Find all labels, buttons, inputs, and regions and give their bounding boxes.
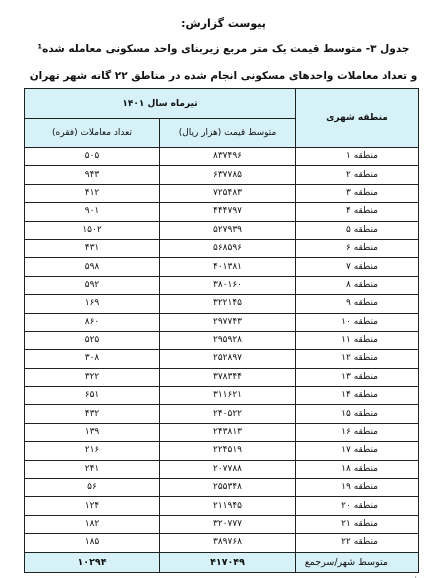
header-period: تیرماه سال ۱۴۰۱ bbox=[25, 89, 296, 119]
cell-count: ۵۹۲ bbox=[25, 276, 160, 294]
cell-region: منطقه ۱۴ bbox=[296, 387, 419, 405]
header-count: تعداد معاملات (فقره) bbox=[25, 119, 160, 148]
cell-region: منطقه ۱۸ bbox=[296, 460, 419, 478]
cell-region: منطقه ۱۶ bbox=[296, 423, 419, 441]
cell-price: ۳۸۹۷۶۸ bbox=[160, 534, 296, 552]
cell-price: ۲۴۰۵۲۲ bbox=[160, 405, 296, 423]
table-title-line1: جدول ۳- متوسط قیمت یک متر مربع زیربنای و… bbox=[0, 43, 447, 55]
cell-region: منطقه ۲۰ bbox=[296, 497, 419, 515]
cell-price: ۵۲۷۹۳۹ bbox=[160, 221, 296, 239]
table-row: منطقه ۱۱۲۹۵۹۲۸۵۲۵ bbox=[25, 331, 419, 349]
table-row: منطقه ۱۷۲۲۴۵۱۹۲۱۶ bbox=[25, 442, 419, 460]
cell-price: ۳۷۸۳۴۴ bbox=[160, 368, 296, 386]
table-row: منطقه ۱۲۲۵۲۸۹۷۳۰۸ bbox=[25, 350, 419, 368]
cell-count: ۳۰۸ bbox=[25, 350, 160, 368]
total-price: ۴۱۷۰۴۹ bbox=[160, 552, 296, 572]
cell-region: منطقه ۳ bbox=[296, 184, 419, 202]
cell-count: ۱۶۹ bbox=[25, 295, 160, 313]
cell-count: ۱۵۰۲ bbox=[25, 221, 160, 239]
table-row: منطقه ۵۵۲۷۹۳۹۱۵۰۲ bbox=[25, 221, 419, 239]
cell-count: ۴۳۱ bbox=[25, 239, 160, 257]
table-row: منطقه ۲۶۳۷۷۸۵۹۴۳ bbox=[25, 166, 419, 184]
table-row: منطقه ۳۷۲۵۴۸۳۴۱۲ bbox=[25, 184, 419, 202]
table-row: منطقه ۱۸۳۷۴۹۶۵۰۵ bbox=[25, 148, 419, 166]
cell-price: ۴۴۴۷۹۷ bbox=[160, 203, 296, 221]
cell-count: ۱۲۴ bbox=[25, 497, 160, 515]
cell-price: ۲۹۷۷۴۳ bbox=[160, 313, 296, 331]
price-table: منطقه شهری تیرماه سال ۱۴۰۱ متوسط قیمت (ه… bbox=[24, 88, 419, 573]
table-row: منطقه ۸۳۸۰۱۶۰۵۹۲ bbox=[25, 276, 419, 294]
cell-price: ۲۵۵۳۴۸ bbox=[160, 479, 296, 497]
table-row: منطقه ۷۴۰۱۳۸۱۵۹۸ bbox=[25, 258, 419, 276]
table-row: منطقه ۱۹۲۵۵۳۴۸۵۶ bbox=[25, 479, 419, 497]
cell-count: ۴۱۲ bbox=[25, 184, 160, 202]
table-row: منطقه ۱۰۲۹۷۷۴۳۸۶۰ bbox=[25, 313, 419, 331]
cell-price: ۲۱۱۹۴۵ bbox=[160, 497, 296, 515]
cell-price: ۳۲۰۷۷۷ bbox=[160, 515, 296, 533]
cell-count: ۱۸۵ bbox=[25, 534, 160, 552]
table-row: منطقه ۱۳۳۷۸۳۴۴۳۲۲ bbox=[25, 368, 419, 386]
cell-region: منطقه ۷ bbox=[296, 258, 419, 276]
cell-count: ۲۱۶ bbox=[25, 442, 160, 460]
cell-region: منطقه ۴ bbox=[296, 203, 419, 221]
cell-price: ۴۰۱۳۸۱ bbox=[160, 258, 296, 276]
cell-region: منطقه ۱۲ bbox=[296, 350, 419, 368]
cell-count: ۵۲۵ bbox=[25, 331, 160, 349]
cell-region: منطقه ۱۳ bbox=[296, 368, 419, 386]
cell-region: منطقه ۵ bbox=[296, 221, 419, 239]
table-title-line2: و تعداد معاملات واحدهای مسکونی انجام شده… bbox=[0, 70, 447, 82]
table-row: منطقه ۱۶۲۴۳۸۱۳۱۳۹ bbox=[25, 423, 419, 441]
cell-count: ۴۳۲ bbox=[25, 405, 160, 423]
table-row: منطقه ۴۴۴۴۷۹۷۹۰۱ bbox=[25, 203, 419, 221]
cell-price: ۳۸۰۱۶۰ bbox=[160, 276, 296, 294]
cell-price: ۵۶۸۵۹۶ bbox=[160, 239, 296, 257]
total-count: ۱۰۲۹۴ bbox=[25, 552, 160, 572]
cell-count: ۳۲۲ bbox=[25, 368, 160, 386]
table-row: منطقه ۱۵۲۴۰۵۲۲۴۳۲ bbox=[25, 405, 419, 423]
cell-region: منطقه ۱ bbox=[296, 148, 419, 166]
cell-region: منطقه ۲۱ bbox=[296, 515, 419, 533]
cell-count: ۸۶۰ bbox=[25, 313, 160, 331]
cell-price: ۲۹۵۹۲۸ bbox=[160, 331, 296, 349]
table-body: منطقه ۱۸۳۷۴۹۶۵۰۵منطقه ۲۶۳۷۷۸۵۹۴۳منطقه ۳۷… bbox=[25, 148, 419, 573]
cell-count: ۶۵۱ bbox=[25, 387, 160, 405]
cell-count: ۵۶ bbox=[25, 479, 160, 497]
header-price: متوسط قیمت (هزار ریال) bbox=[160, 119, 296, 148]
cell-count: ۹۰۱ bbox=[25, 203, 160, 221]
table-row: منطقه ۲۱۳۲۰۷۷۷۱۸۲ bbox=[25, 515, 419, 533]
total-region: متوسط شهر/سرجمع bbox=[296, 552, 419, 572]
cell-count: ۲۴۱ bbox=[25, 460, 160, 478]
cell-region: منطقه ۶ bbox=[296, 239, 419, 257]
cell-region: منطقه ۱۰ bbox=[296, 313, 419, 331]
cell-count: ۱۸۲ bbox=[25, 515, 160, 533]
cell-price: ۶۳۷۷۸۵ bbox=[160, 166, 296, 184]
table-row: منطقه ۶۵۶۸۵۹۶۴۳۱ bbox=[25, 239, 419, 257]
cell-region: منطقه ۲ bbox=[296, 166, 419, 184]
cell-region: منطقه ۱۹ bbox=[296, 479, 419, 497]
cell-region: منطقه ۱۷ bbox=[296, 442, 419, 460]
cell-price: ۲۲۴۵۱۹ bbox=[160, 442, 296, 460]
cell-price: ۳۲۲۱۴۵ bbox=[160, 295, 296, 313]
table-row: منطقه ۲۰۲۱۱۹۴۵۱۲۴ bbox=[25, 497, 419, 515]
cell-price: ۲۵۲۸۹۷ bbox=[160, 350, 296, 368]
cell-count: ۹۴۳ bbox=[25, 166, 160, 184]
report-appendix-heading: پیوست گزارش: bbox=[0, 17, 447, 30]
cell-price: ۸۳۷۴۹۶ bbox=[160, 148, 296, 166]
footnote: ۱. ... bbox=[100, 572, 418, 578]
cell-count: ۱۳۹ bbox=[25, 423, 160, 441]
cell-count: ۵۹۸ bbox=[25, 258, 160, 276]
table-row: منطقه ۲۲۳۸۹۷۶۸۱۸۵ bbox=[25, 534, 419, 552]
cell-region: منطقه ۲۲ bbox=[296, 534, 419, 552]
cell-region: منطقه ۱۱ bbox=[296, 331, 419, 349]
cell-count: ۵۰۵ bbox=[25, 148, 160, 166]
cell-region: منطقه ۸ bbox=[296, 276, 419, 294]
table-row: منطقه ۱۸۲۰۷۷۸۸۲۴۱ bbox=[25, 460, 419, 478]
cell-price: ۳۱۱۶۲۱ bbox=[160, 387, 296, 405]
cell-price: ۷۲۵۴۸۳ bbox=[160, 184, 296, 202]
cell-price: ۲۰۷۷۸۸ bbox=[160, 460, 296, 478]
header-region: منطقه شهری bbox=[296, 89, 419, 148]
cell-region: منطقه ۱۵ bbox=[296, 405, 419, 423]
table-row: منطقه ۱۴۳۱۱۶۲۱۶۵۱ bbox=[25, 387, 419, 405]
cell-region: منطقه ۹ bbox=[296, 295, 419, 313]
cell-price: ۲۴۳۸۱۳ bbox=[160, 423, 296, 441]
total-row: متوسط شهر/سرجمع۴۱۷۰۴۹۱۰۲۹۴ bbox=[25, 552, 419, 572]
table-row: منطقه ۹۳۲۲۱۴۵۱۶۹ bbox=[25, 295, 419, 313]
